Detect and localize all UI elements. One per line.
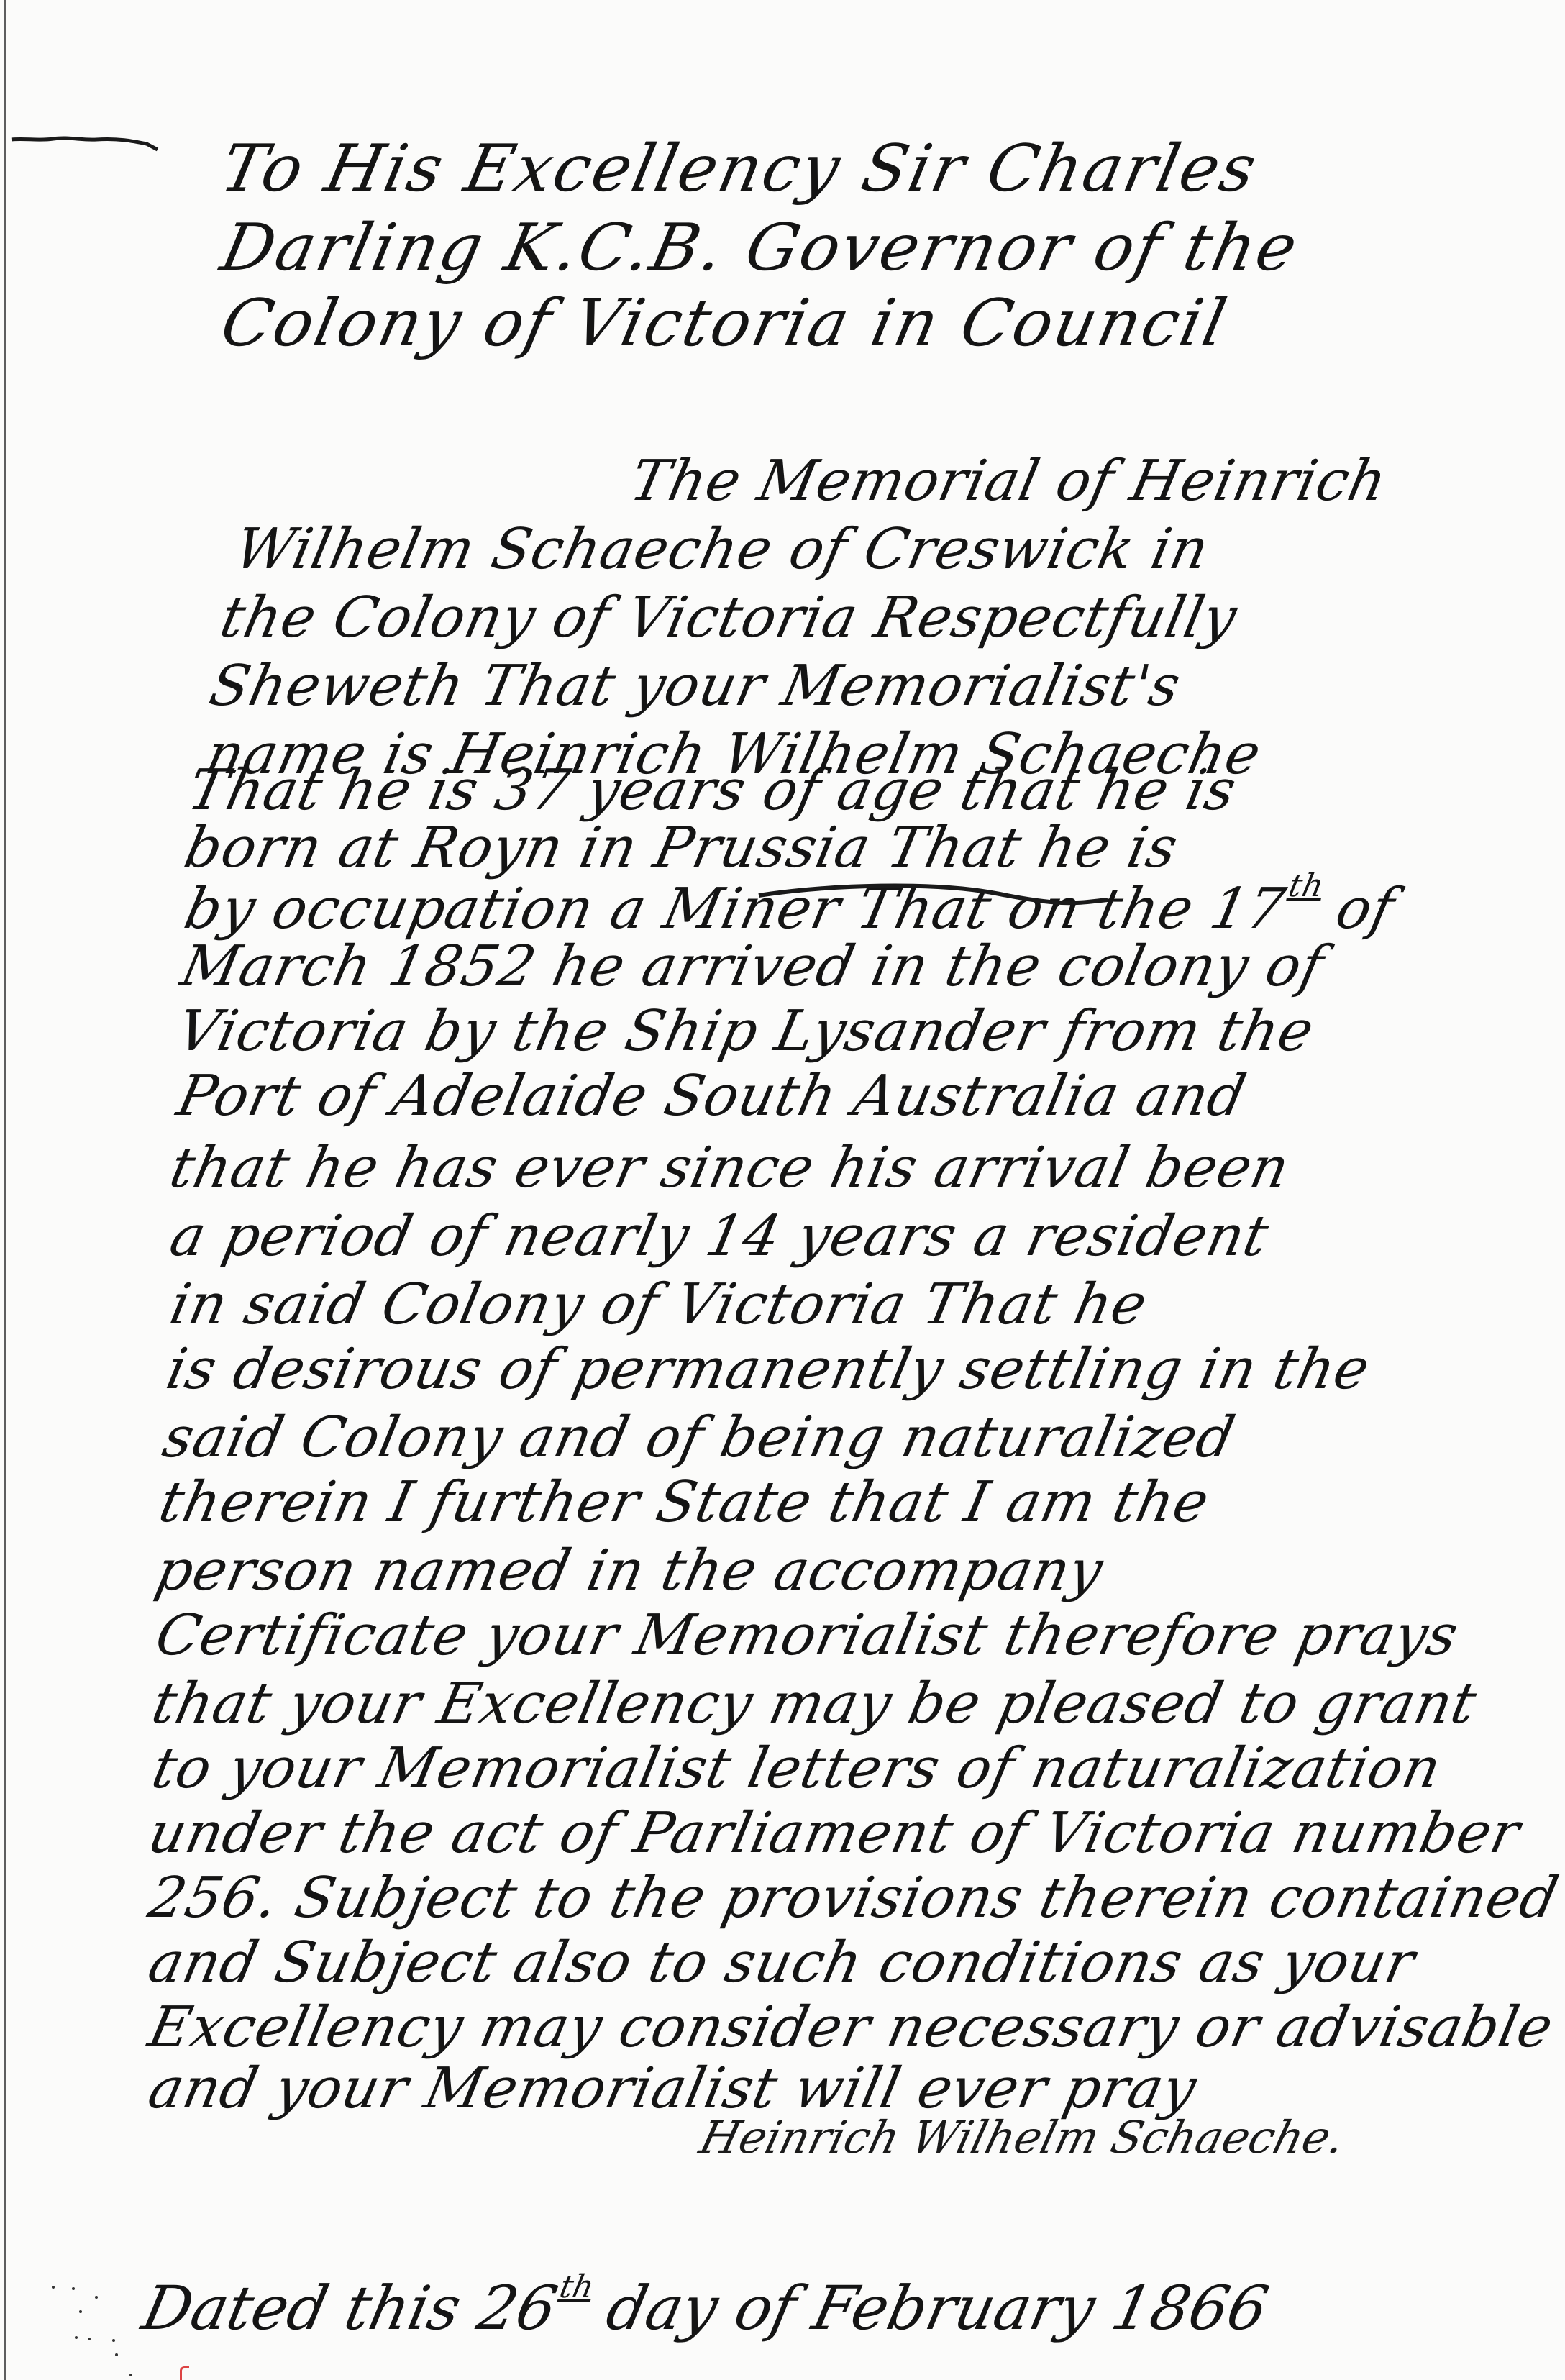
body-line-10: Victoria by the Ship Lysander from the <box>173 1003 1319 1059</box>
body-line-16: said Colony and of being naturalized <box>158 1410 1240 1466</box>
body-line-12: that he has ever since his arrival been <box>165 1140 1295 1196</box>
date-day: 26 <box>471 2273 563 2343</box>
date-prefix: Dated this <box>137 2273 467 2343</box>
body-line-6: That he is 37 years of age that he is <box>183 762 1241 819</box>
body-line-24: and Subject also to such conditions as y… <box>144 1935 1420 1991</box>
body-line-13: a period of nearly 14 years a resident <box>165 1208 1274 1264</box>
ordinal-superscript: th <box>1285 867 1328 904</box>
address-line-1: To His Excellency Sir Charles <box>216 137 1264 201</box>
page-left-edge <box>4 0 6 2380</box>
prussia-underline <box>755 881 1115 910</box>
body-line-9: March 1852 he arrived in the colony of <box>176 939 1328 995</box>
address-line-2: Darling K.C.B. Governor of the <box>216 216 1305 281</box>
body-line-1: The Memorial of Heinrich <box>626 453 1392 509</box>
body-line-19: Certificate your Memorialist therefore p… <box>151 1608 1463 1664</box>
body-line-14: in said Colony of Victoria That he <box>165 1277 1152 1333</box>
body-line-17: therein I further State that I am the <box>155 1474 1214 1531</box>
body-line-2: Wilhelm Schaeche of Creswick in <box>230 521 1214 578</box>
body-line-11: Port of Adelaide South Australia and <box>173 1068 1251 1124</box>
address-line-3: Colony of Victoria in Council <box>216 291 1233 356</box>
body-line-4: Sheweth That your Memorialist's <box>205 658 1185 714</box>
body-line-7: born at Royn in Prussia That he is <box>180 820 1183 876</box>
body-line-22: under the act of Parliament of Victoria … <box>144 1805 1525 1861</box>
date-suffix: day of February 1866 <box>601 2273 1274 2343</box>
body-line-20: that your Excellency may be pleased to g… <box>147 1676 1482 1732</box>
date-ordinal-superscript: th <box>557 2269 598 2305</box>
body-line-3: the Colony of Victoria Respectfully <box>216 590 1242 646</box>
margin-arrow-mark <box>10 127 175 155</box>
date-line: Dated this 26th day of February 1866 <box>137 2273 1274 2343</box>
body-line-21: to your Memorialist letters of naturaliz… <box>147 1741 1446 1797</box>
signature: Heinrich Wilhelm Schaeche. <box>695 2111 1351 2164</box>
red-pencil-mark <box>180 2366 189 2380</box>
body-line-25: Excellency may consider necessary or adv… <box>144 2000 1559 2056</box>
body-line-23: 256. Subject to the provisions therein c… <box>144 1870 1564 1926</box>
body-line-15: is desirous of permanently settling in t… <box>162 1341 1374 1398</box>
body-line-26: and your Memorialist will ever pray <box>144 2061 1202 2117</box>
body-line-18: person named in the accompany <box>151 1543 1108 1599</box>
